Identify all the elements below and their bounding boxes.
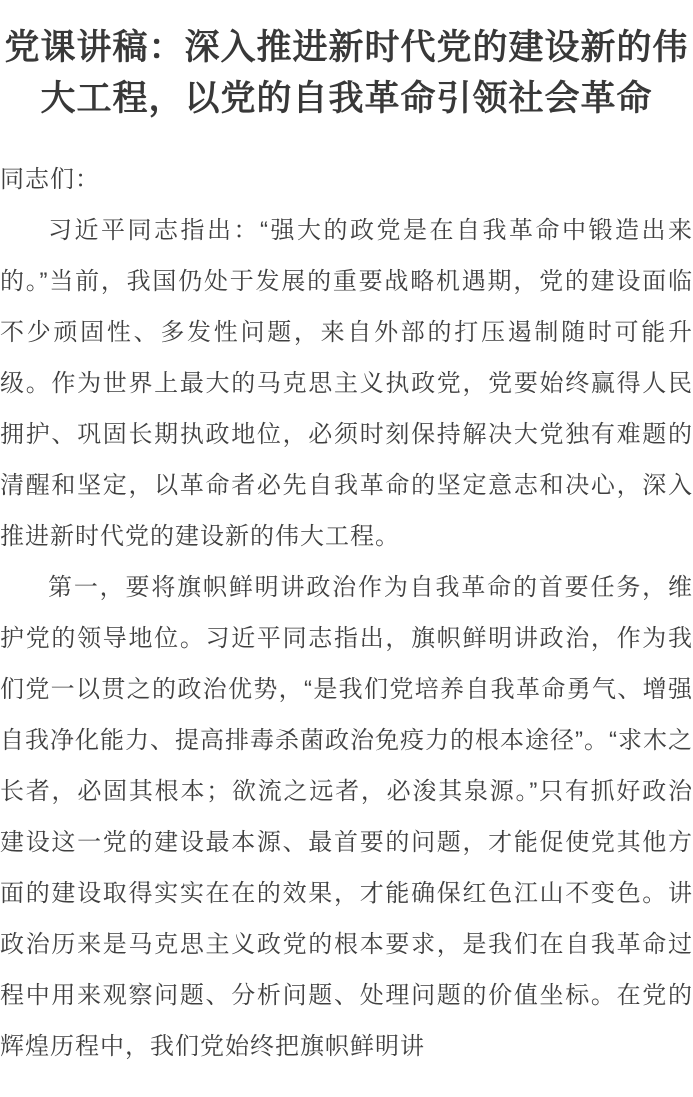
- document-title: 党课讲稿：深入推进新时代党的建设新的伟大工程，以党的自我革命引领社会革命: [0, 22, 693, 124]
- salutation-line: 同志们：: [0, 154, 693, 205]
- paragraph: 第一，要将旗帜鲜明讲政治作为自我革命的首要任务，维护党的领导地位。习近平同志指出…: [0, 562, 693, 1072]
- document-body: 同志们： 习近平同志指出：“强大的政党是在自我革命中锻造出来的。”当前，我国仍处…: [0, 154, 693, 1072]
- document-page: 党课讲稿：深入推进新时代党的建设新的伟大工程，以党的自我革命引领社会革命 同志们…: [0, 0, 693, 1097]
- paragraph: 习近平同志指出：“强大的政党是在自我革命中锻造出来的。”当前，我国仍处于发展的重…: [0, 205, 693, 562]
